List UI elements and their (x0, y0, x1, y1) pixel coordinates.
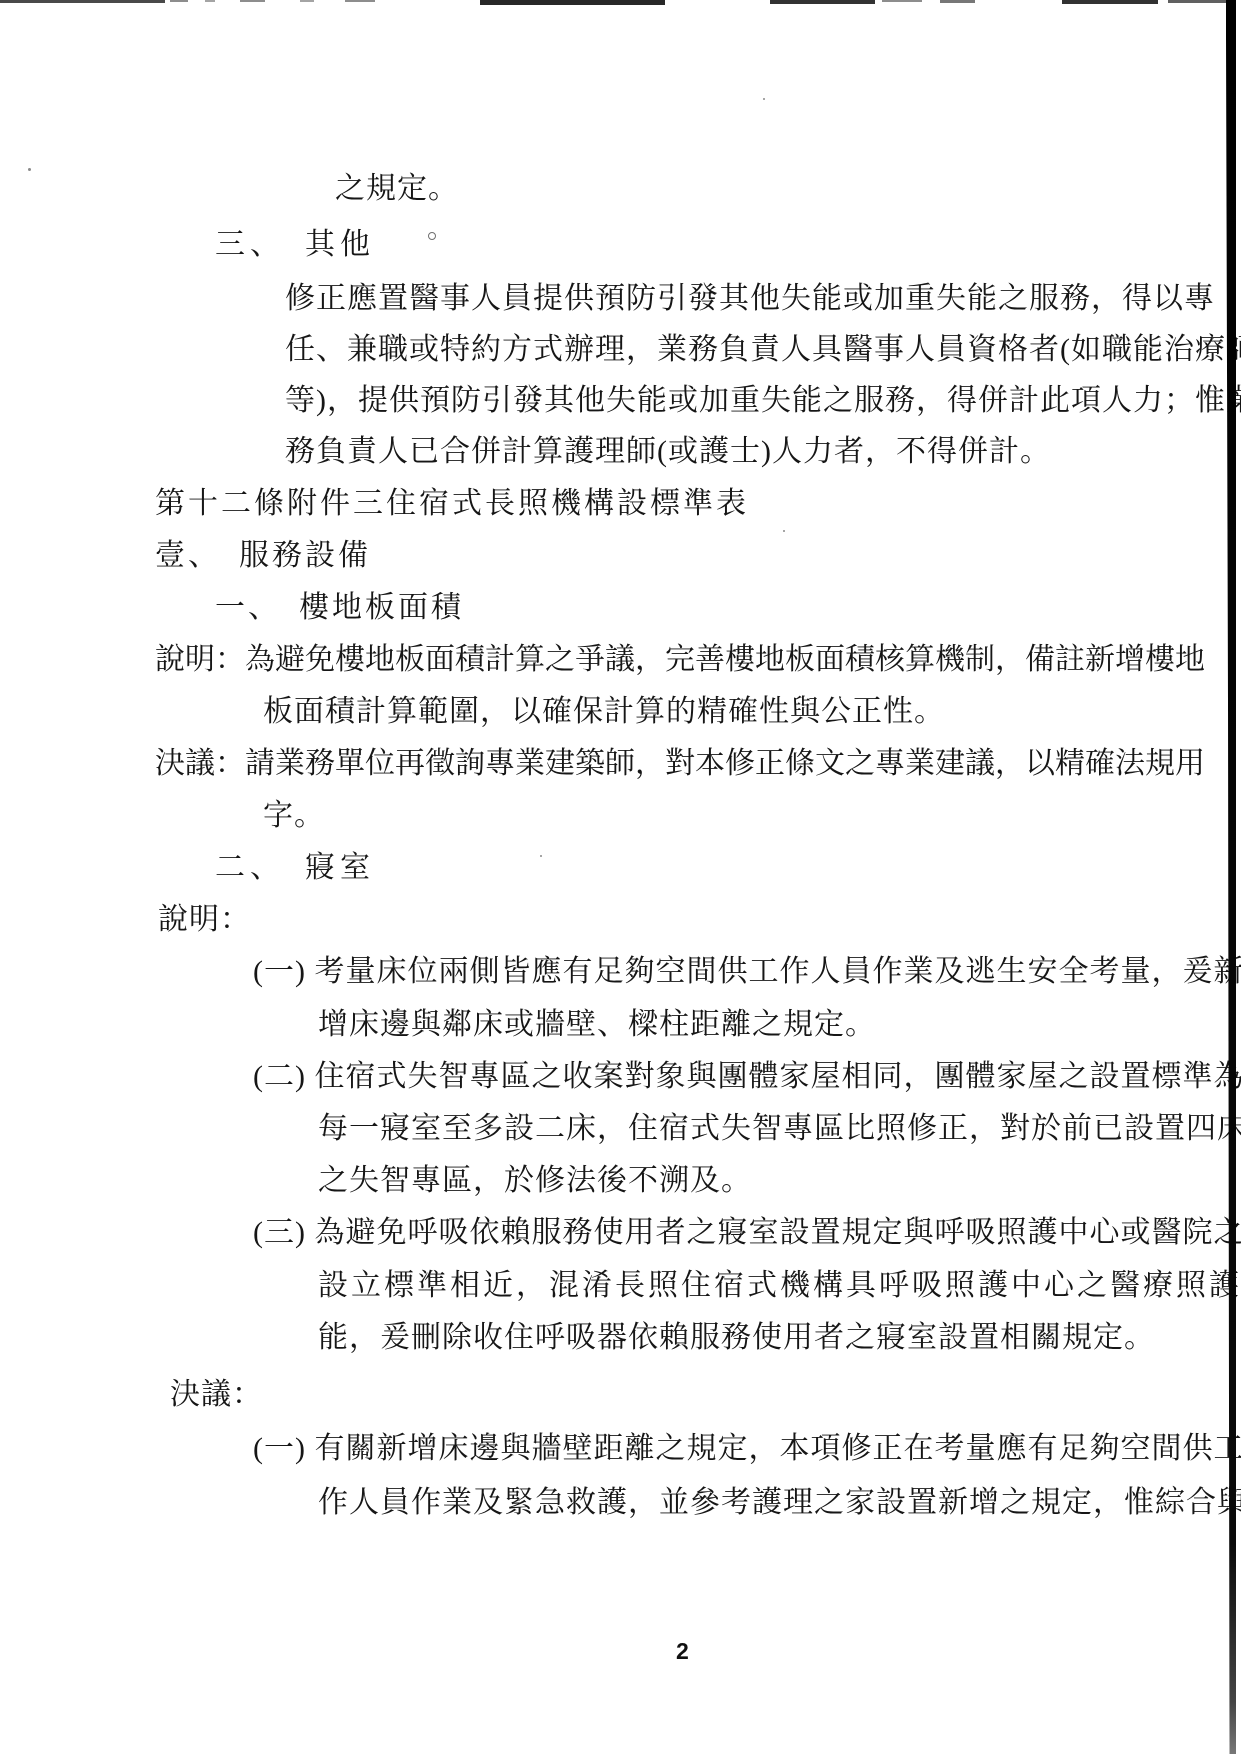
doc-line: 之失智專區，於修法後不溯及。 (318, 1162, 752, 1200)
doc-line: 板面積計算範圍，以確保計算的精確性與公正性。 (263, 693, 945, 731)
page-number: 2 (676, 1638, 689, 1665)
doc-line: 等)，提供預防引發其他失能或加重失能之服務，得併計此項人力；惟業 (285, 382, 1241, 420)
doc-line-explanation: 說明：為避免樓地板面積計算之爭議，完善樓地板面積核算機制，備註新增樓地 (155, 641, 1205, 679)
doc-line: 設立標準相近，混淆長照住宿式機構具呼吸照護中心之醫療照護功 (318, 1267, 1241, 1305)
doc-line-item-2-bedroom: 二、 寢室 (215, 849, 375, 887)
doc-line: 任、兼職或特約方式辦理，業務負責人具醫事人員資格者(如職能治療師 (285, 331, 1241, 369)
doc-line: 增床邊與鄰床或牆壁、樑柱距離之規定。 (318, 1006, 876, 1044)
scan-speck (783, 530, 785, 532)
doc-line: (一) 有關新增床邊與牆壁距離之規定，本項修正在考量應有足夠空間供工 (253, 1430, 1241, 1468)
doc-line-resolution: 決議：請業務單位再徵詢專業建築師，對本修正條文之專業建議，以精確法規用 (155, 745, 1205, 783)
doc-line-article-12-heading: 第十二條附件三住宿式長照機構設標準表 (155, 485, 749, 523)
doc-line-item-1-floor-area: 一、 樓地板面積 (215, 589, 464, 627)
scan-speck (540, 855, 542, 857)
doc-line: 修正應置醫事人員提供預防引發其他失能或加重失能之服務，得以專 (285, 280, 1215, 318)
doc-line: (一) 考量床位兩側皆應有足夠空間供工作人員作業及逃生安全考量，爰新 (253, 953, 1241, 991)
doc-line: 作人員作業及緊急救護，並參考護理之家設置新增之規定，惟綜合與 (318, 1484, 1241, 1522)
doc-line-part-1-services: 壹、 服務設備 (155, 537, 371, 575)
doc-line: 務負責人已合併計算護理師(或護士)人力者，不得併計。 (285, 433, 1051, 471)
doc-line: 之規定。 (335, 170, 459, 208)
scan-speck (428, 232, 436, 240)
doc-line-resolution: 決議： (170, 1376, 263, 1414)
doc-line: 每一寢室至多設二床，住宿式失智專區比照修正，對於前已設置四床 (318, 1110, 1241, 1148)
doc-line: (二) 住宿式失智專區之收案對象與團體家屋相同，團體家屋之設置標準為 (253, 1058, 1241, 1096)
doc-line: 能，爰刪除收住呼吸器依賴服務使用者之寢室設置相關規定。 (318, 1319, 1155, 1357)
document-page: 之規定。 三、 其他 修正應置醫事人員提供預防引發其他失能或加重失能之服務，得以… (0, 0, 1241, 1754)
scan-speck (763, 98, 765, 100)
doc-line-explanation: 說明： (158, 901, 251, 939)
scan-speck (28, 168, 31, 171)
doc-line: 字。 (263, 797, 325, 835)
doc-line: (三) 為避免呼吸依賴服務使用者之寢室設置規定與呼吸照護中心或醫院之 (253, 1214, 1241, 1252)
doc-line-section-3-other: 三、 其他 (215, 226, 375, 264)
